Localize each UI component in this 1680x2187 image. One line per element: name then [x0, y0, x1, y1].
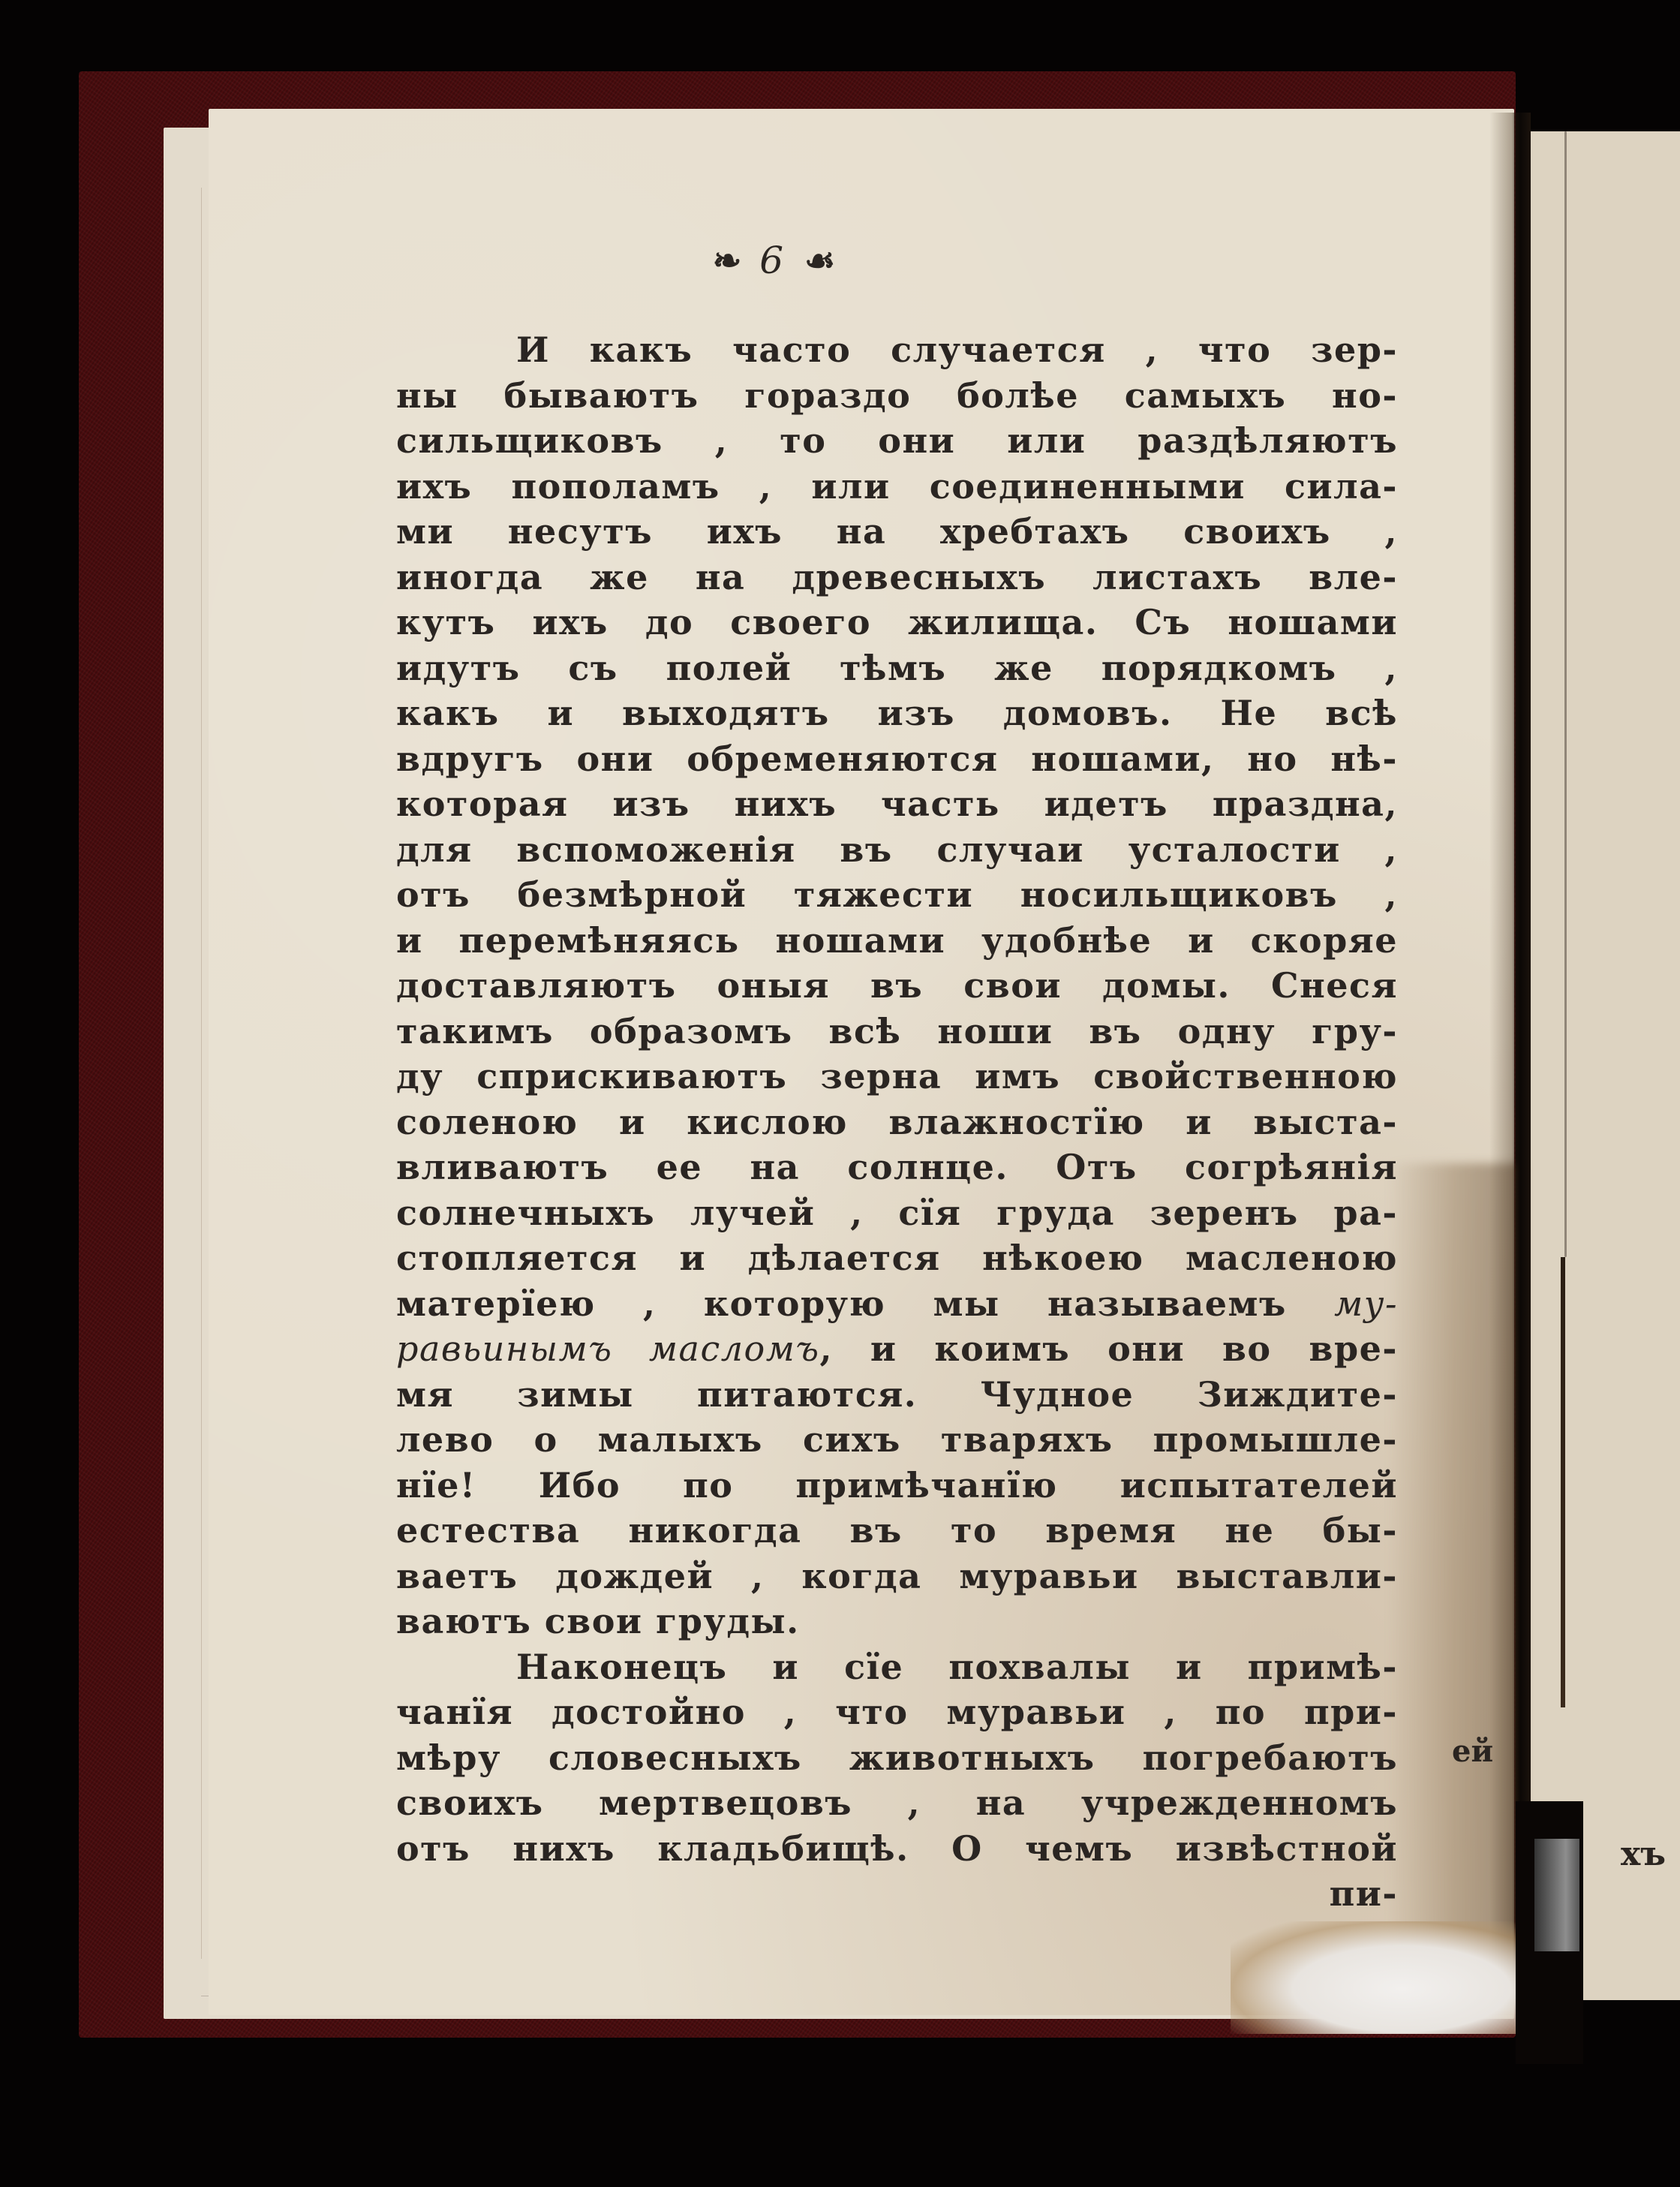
- text-line: кутъ ихъ до своего жилища. Съ ношами: [396, 600, 1398, 645]
- fleuron-left-icon: ❧: [713, 240, 739, 281]
- page-fold-crease: [1564, 131, 1567, 1257]
- facing-page: хъ: [1531, 131, 1680, 2000]
- text-line: ваетъ дождей , когда муравьи выставли-: [396, 1554, 1398, 1599]
- text-line: ихъ пополамъ , или соединенными сила-: [396, 464, 1398, 510]
- fleuron-right-icon: ☙: [804, 240, 832, 281]
- text-line: Наконецъ и сїе похвалы и примѣ-: [396, 1644, 1398, 1690]
- text-line: лево о малыхъ сихъ тваряхъ промышле-: [396, 1417, 1398, 1463]
- text-line: равьинымъ масломъ, и коимъ они во вре-: [396, 1326, 1398, 1372]
- italic-term: му-: [1334, 1283, 1398, 1324]
- page-number: 6: [759, 239, 783, 282]
- text-line: и перемѣняясь ношами удобнѣе и скоряе: [396, 918, 1398, 964]
- spine-backing: [1534, 1839, 1579, 1951]
- page-tear: [1561, 1257, 1565, 1707]
- text-line: ваютъ свои груды.: [396, 1599, 1398, 1644]
- text-line: иногда же на древесныхъ листахъ вле-: [396, 555, 1398, 600]
- text-segment: , и коимъ они во вре-: [820, 1328, 1399, 1369]
- text-line: идутъ съ полей тѣмъ же порядкомъ ,: [396, 645, 1398, 691]
- text-line: стопляется и дѣлается нѣкоею масленою: [396, 1235, 1398, 1281]
- text-line: отъ нихъ кладьбищѣ. О чемъ извѣстной: [396, 1826, 1398, 1872]
- book-gutter-shadow: [1489, 113, 1531, 1989]
- catchword: пи-: [396, 1871, 1398, 1917]
- running-head: ❧ 6 ☙: [0, 239, 1612, 282]
- text-line: И какъ часто случается , что зер-: [396, 327, 1398, 373]
- text-line: мя зимы питаются. Чудное Зиждите-: [396, 1372, 1398, 1418]
- italic-term: равьинымъ масломъ: [396, 1328, 820, 1369]
- text-line: мѣру словесныхъ животныхъ погребаютъ: [396, 1735, 1398, 1781]
- text-line: вливаютъ ее на солнце. Отъ согрѣянія: [396, 1145, 1398, 1190]
- page-edge-line: [201, 188, 202, 1959]
- page-edge-fragment: ей: [1452, 1734, 1493, 1769]
- text-line: сильщиковъ , то они или раздѣляютъ: [396, 418, 1398, 464]
- text-line: отъ безмѣрной тяжести носильщиковъ ,: [396, 872, 1398, 918]
- text-line: для вспоможенія въ случаи усталости ,: [396, 827, 1398, 873]
- text-line: соленою и кислою влажностїю и выста-: [396, 1100, 1398, 1145]
- text-line: чанїя достойно , что муравьи , по при-: [396, 1689, 1398, 1735]
- text-line: вдругъ они обременяются ношами, но нѣ-: [396, 736, 1398, 782]
- text-line: солнечныхъ лучей , сїя груда зеренъ ра-: [396, 1190, 1398, 1236]
- text-line: ны бываютъ гораздо болѣе самыхъ но-: [396, 373, 1398, 419]
- text-line: ду сприскиваютъ зерна имъ свойственною: [396, 1054, 1398, 1100]
- text-line: своихъ мертвецовъ , на учрежденномъ: [396, 1780, 1398, 1826]
- text-line: нїе! Ибо по примѣчанїю испытателей: [396, 1463, 1398, 1509]
- text-line: естества никогда въ то время не бы-: [396, 1508, 1398, 1554]
- text-line: какъ и выходятъ изъ домовъ. Не всѣ: [396, 690, 1398, 736]
- facing-page-fragment: хъ: [1621, 1835, 1666, 1873]
- body-text: И какъ часто случается , что зер- ны быв…: [396, 327, 1398, 1917]
- text-line: матерїею , которую мы называемъ му-: [396, 1281, 1398, 1327]
- text-segment: матерїею , которую мы называемъ: [396, 1283, 1287, 1324]
- text-line: такимъ образомъ всѣ ноши въ одну гру-: [396, 1009, 1398, 1054]
- text-line: доставляютъ оныя въ свои домы. Снеся: [396, 963, 1398, 1009]
- text-line: ми несутъ ихъ на хребтахъ своихъ ,: [396, 509, 1398, 555]
- damaged-page-corner: [1231, 1921, 1516, 2034]
- text-line: которая изъ нихъ часть идетъ праздна,: [396, 781, 1398, 827]
